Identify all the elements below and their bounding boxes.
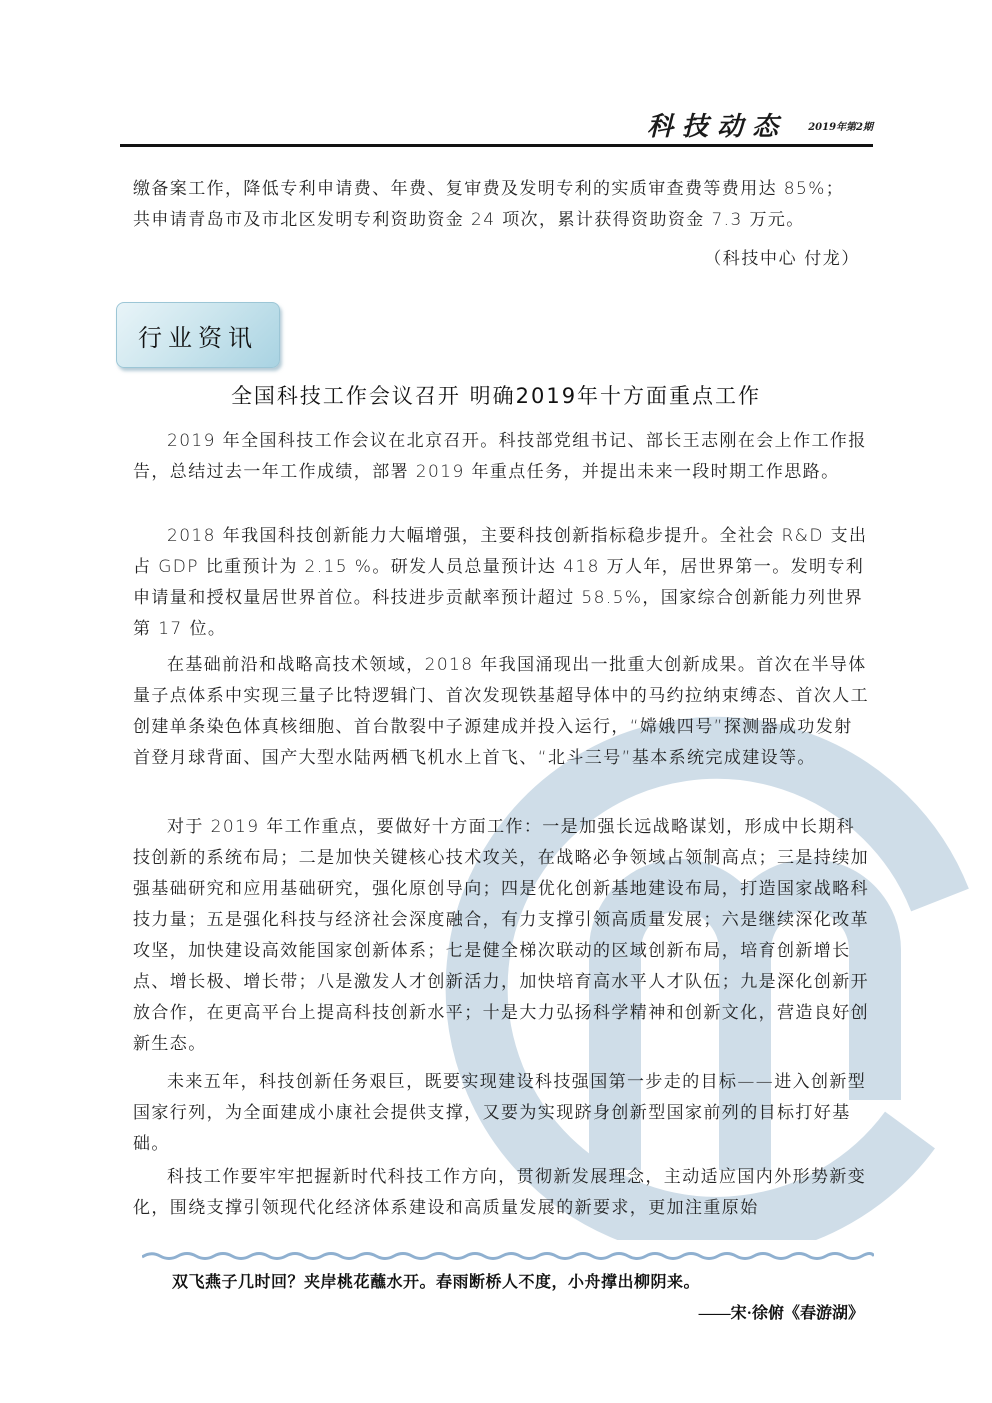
wave-divider-icon [142,1250,874,1262]
journal-title: 科技动态 [647,106,787,143]
continued-line-2: 共申请青岛市及市北区发明专利资助资金 24 项次，累计获得资助资金 7.3 万元… [133,205,870,236]
article-paragraph-3: 在基础前沿和战略高技术领域，2018 年我国涌现出一批重大创新成果。首次在半导体… [133,650,870,774]
issue-label: 2019年第2期 [808,118,873,133]
running-header: 科技动态 2019年第2期 [120,104,873,144]
article-title: 全国科技工作会议召开 明确2019年十方面重点工作 [0,380,992,410]
section-badge: 行业资讯 [116,302,280,368]
header-rule [120,144,873,147]
article-paragraph-4: 对于 2019 年工作重点，要做好十方面工作：一是加强长远战略谋划，形成中长期科… [133,812,870,1060]
footer-quote-source: ——宋·徐俯《春游湖》 [699,1300,864,1323]
continued-line-1: 缴备案工作，降低专利申请费、年费、复审费及发明专利的实质审查费等费用达 85%； [133,174,870,205]
article-paragraph-2: 2018 年我国科技创新能力大幅增强，主要科技创新指标稳步提升。全社会 R&D … [133,521,870,645]
byline: （科技中心 付龙） [704,244,860,269]
article-paragraph-5: 未来五年，科技创新任务艰巨，既要实现建设科技强国第一步走的目标——进入创新型国家… [133,1067,870,1160]
article-paragraph-6: 科技工作要牢牢把握新时代科技工作方向，贯彻新发展理念，主动适应国内外形势新变化，… [133,1162,870,1224]
footer-quote: 双飞燕子几时回？夹岸桃花蘸水开。春雨断桥人不度，小舟撑出柳阴来。 [172,1269,700,1292]
article-paragraph-1: 2019 年全国科技工作会议在北京召开。科技部党组书记、部长王志刚在会上作工作报… [133,426,870,488]
continued-paragraph: 缴备案工作，降低专利申请费、年费、复审费及发明专利的实质审查费等费用达 85%；… [133,174,870,236]
section-badge-label: 行业资讯 [138,318,258,353]
